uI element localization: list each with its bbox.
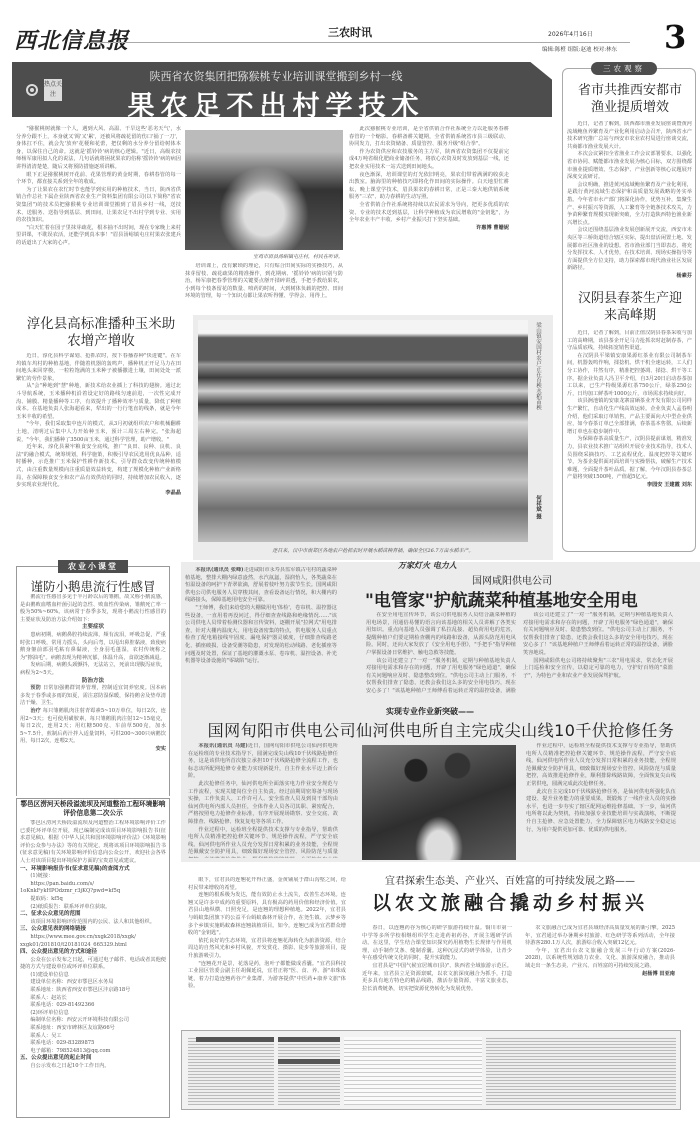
- bottom-story-col3: 农文旅融合已成为宜君县域经济高质量发展的新引擎。2025年，宜君通过举办暑期乡村…: [525, 925, 675, 999]
- treatment-paragraph: 治疗 每只雏鹅肌肉注射青霉素5~10万单位，每日2次，连用2~3天；也可使用磺胺…: [20, 708, 166, 746]
- bottom-paragraph: 连翘的根系极为发达，能有效防止水土流失，改善生态环境。连翘又是许多中成药的重要原…: [188, 892, 346, 938]
- lead-headline: 果农足不出村学技术: [96, 84, 456, 123]
- power-story-1-col1: 本报讯(通讯员 张峰)走进咸阳市永寿县监军镇古屯村的蔬菜种植基地，整排大棚内绿意…: [185, 567, 337, 695]
- notice-line: 联系地址：西安市碑林区友谊路66号: [20, 1025, 166, 1033]
- sidebar-bottom-body: 近日，记者了解到，目前正值汉阴县春茶采收与加工的高峰期，该县茶企开足马力抢抓农时…: [567, 330, 692, 535]
- paper-logo: 西北信息报: [14, 24, 129, 55]
- lead-paragraph: 作为农资供应和农技服务的主力军，陕西省农资集团不仅提前完成4万吨省级化肥商业储备…: [349, 149, 509, 172]
- lead-paragraph: 培训课上，没有繁琐的理论，只有贴合田间实际的实操技巧，从抹芽留枝、疏花疏果的精准…: [185, 263, 343, 301]
- ad-panel-header: [196, 1037, 274, 1042]
- sidebar-paragraph: 本次会议紧扣全省渔业工作会议部署要求，以强化省市协同、赋能都市渔业发展为核心目标…: [567, 151, 692, 181]
- treatment-text: 每只雏鹅肌肉注射青霉素5~10万单位，每日2次，连用2~3天；也可使用磺胺素，每…: [20, 708, 166, 744]
- bottom-kicker: 宜君探索生态美、产业兴、百姓富的可持续发展之路——: [360, 872, 660, 887]
- sidebar-paragraph: 近日，记者了解到，陕西都市渔业发展座谈暨黄河流域鲍鱼养繁育及产业化利用启动会召开…: [567, 121, 692, 151]
- notice-section-title: 三、公众意见表的网络链接: [20, 926, 166, 934]
- sidebar-paragraph: 在汉阴县平梁镇安康果源红茶业有限公司制茶车间，机器轰鸣作响，揉捻机、烘干机全速运…: [567, 353, 692, 399]
- sidebar-bottom-headline: 汉阴县春茶生产迎来高峰期: [574, 290, 686, 324]
- rice-photo-vertical-caption: 梁山镇安国村农户正在育秧水稻苗秧: [533, 322, 541, 410]
- lead-paragraph: 全省供销合作社系统将持续以农民需求为导向，把更多优质的农资、专业的技术送到基层，…: [349, 202, 509, 225]
- rice-seedling-photo: [198, 320, 528, 542]
- dateline: 本报讯(通讯员 马建): [198, 743, 247, 749]
- power-kicker-2: 实现专业作业新突破——: [300, 706, 560, 717]
- sidebar-paragraph: 近日，记者了解到，目前正值汉阴县春茶采收与加工的高峰期，该县茶企开足马力抢抓农时…: [567, 330, 692, 353]
- sidebar-paragraph: 会议明确，推进黄河流域鲍鱼繁育及产业化利用，是践行黄河流域生态保护和高质量发展战…: [567, 182, 692, 228]
- corn-paragraph: 近日，淳化县科学谋划、抢抓农时，按下春播春种"快进键"。在车坞镇车坞村的种植基地…: [16, 353, 181, 383]
- sidebar-top-body: 近日，记者了解到，陕西都市渔业发展座谈暨黄河流域鲍鱼养繁育及产业化利用启动会召开…: [567, 121, 692, 286]
- sidebar-paragraph: 该县涧池镇的安康龙寨富硒茶业开发有限公司同样生产繁忙，自动化生产线高效运转。企业…: [567, 398, 692, 436]
- notice-line: 自公示发布之日起10个工作日内。: [20, 1063, 166, 1071]
- bottom-paragraph: 今年，宜君出台农文旅融合发展三年行动方案(2026-2028)，以系统性规划助力…: [525, 948, 675, 971]
- notice-link[interactable]: https://pan.baidu.com/s/: [20, 881, 166, 889]
- bottom-story-col1: 眼下，宜君县的连翘花开得正盛，金黄铺展于群山沟壑之间，给村民带来增收的希望。 连…: [188, 877, 346, 999]
- farm-class-banner: 农业小课堂: [58, 560, 128, 573]
- notice-line: 联系地址：陕西省西安市鄠邑区沣京路18号: [20, 987, 166, 995]
- lead-paragraph: "白天忙着在园子里抹芽疏花，根本抽不出时间，现在专家晚上来村里讲课，不耽误农活，…: [16, 225, 181, 248]
- lead-byline: 许惠博 曹姗妮: [349, 225, 509, 233]
- prevention-label: 预防: [30, 685, 41, 691]
- bottom-paragraph: 眼下，宜君县的连翘花开得正盛，金黄铺展于群山沟壑之间，给村民带来增收的希望。: [188, 877, 346, 892]
- power-story-2-col3: 作业过程中，运检班全程提供技术支撑与专业指导，帮助供电所人员精准把控抢修关键环节…: [526, 743, 676, 858]
- prevention-text: 日常加强鹅群饲养管理，控制适宜饲养密度。因本病多发于春季或多雨的知夏，需注意防湿…: [20, 685, 166, 706]
- prevention-heading: 防治方法: [20, 678, 166, 686]
- lead-photo-caption: 宝鸡市眉县汤峪镇屯庄村，村民在听讲。: [185, 253, 343, 260]
- rice-photo-caption: 连日来，汉中市南郑区各地农户抢抓农时开展水稻苗秧育插，确保全区26.7万亩水稻丰…: [198, 547, 548, 554]
- notice-link[interactable]: https://www.mee.gov.cn/xxgk2018/xxgk/: [20, 934, 166, 942]
- masthead-rule: [90, 42, 630, 43]
- power-company: 国网咸阳供电公司: [472, 572, 552, 587]
- corn-byline: 李晶晶: [16, 490, 181, 498]
- page-number: 3: [664, 20, 686, 54]
- lead-story-col2: 培训课上，没有繁琐的理论，只有贴合田间实际的实操技巧，从抹芽留枝、疏花疏果的精准…: [185, 263, 343, 311]
- power-logo: 万家灯火 电力人: [398, 560, 457, 571]
- treatment-label: 治疗: [30, 708, 41, 714]
- ad-panel: [278, 1037, 340, 1105]
- bottom-story-col2: 春日，以连翘药谷为核心的研学旅游持续升温。铜川市第一中学等多所学校相继组织学生走…: [362, 925, 512, 999]
- ad-panel: [344, 1037, 482, 1105]
- symptoms-heading: 主要症状: [20, 624, 166, 632]
- issue-date: 2026年4月16日: [548, 29, 593, 38]
- public-notice-title: 鄠邑区涝河天桥段溢流坝及河道整治工程环境影响评价信息第二次公示: [20, 800, 166, 818]
- power-paragraph: 此次抢修任务中，仙河供电所全面落实电力作业安全规范与工作流程，实现关键岗位全自主…: [188, 781, 338, 827]
- notice-line: 联系电话：029-81492366: [20, 1002, 166, 1010]
- sidebar-bottom-byline: 李园安 王建霞 刘东: [567, 482, 692, 490]
- power-story-1-col2: 在安全用电宣传环节，该公司供电服务人员结合蔬菜种植的用电场景，用通俗易懂的语言向…: [366, 612, 516, 695]
- power-story-2-col1: 本报讯(通讯员 马建)近日，国网旬阳市供电公司仙河供电所在运检班的专业技术指导下…: [188, 743, 338, 858]
- hot-topic-tag: 热点关注: [44, 79, 62, 101]
- public-notice-body: 鄠邑区涝河天桥段溢流坝及河道整治工程环境影响评价工作已委托环评单位开展，现已编制…: [20, 820, 166, 1115]
- bottom-byline: 赵杨博 田亚南: [525, 971, 675, 979]
- power-paragraph: 在安全用电宣传环节，该公司供电服务人员结合蔬菜种植的用电场景，用通俗易懂的语言向…: [366, 612, 516, 658]
- target-icon: [26, 84, 38, 96]
- corn-story-headline: 淳化县高标准播种玉米助农增产增收: [26, 316, 176, 350]
- notice-line: 编制单位名称：西安云开环境科技有限公司: [20, 1017, 166, 1025]
- corn-story-body: 近日，淳化县科学谋划、抢抓农时，按下春播春种"快进键"。在车坞镇车坞村的种植基地…: [16, 353, 181, 553]
- power-paragraph: 作业过程中，运检班全程提供技术支撑与专业指导，帮助供电所人员精准把控抢修关键环节…: [188, 827, 338, 858]
- section-title: 三农时讯: [300, 24, 400, 40]
- bottom-headline: 以农文旅融合撬动乡村振兴: [360, 888, 660, 915]
- ad-panel-header: [278, 1037, 340, 1042]
- power-paragraph: "王师傅，我们来给您的大棚做用电'体检'，卷帘机、温控器这些设备，一直用着再没问…: [185, 605, 337, 666]
- sidebar-paragraph: 会议还围绕基层渔业发展创新展开交流，西安市未央区等三桥街道结合辖区实际，提出盘活…: [567, 227, 692, 273]
- notice-line: 建设单位名称：西安市鄠邑区水务局: [20, 979, 166, 987]
- bottom-paragraph: 农文旅融合已成为宜君县域经济高质量发展的新引擎。2025年，宜君通过举办暑期乡村…: [525, 925, 675, 948]
- lead-photo-training-class: [185, 130, 343, 250]
- sidebar-top-headline: 省市共推西安都市渔业提质增效: [574, 82, 686, 116]
- lead-paragraph: 眼下正是猕猴桃树开花前、花果管理的黄金时期，春耕春管的每一个环节，都直接关系到全…: [16, 172, 181, 187]
- notice-intro: 鄠邑区涝河天桥段溢流坝及河道整治工程环境影响评价工作已委托环评单位开展，现已编制…: [20, 820, 166, 866]
- farm-class-byline: 安实: [20, 746, 166, 754]
- corn-paragraph: 近年来，淳化县紧牢粮食安全底线，推广"良田、良种、良机、良法"的融合模式，统筹规…: [16, 444, 181, 490]
- notice-line: 联系电话：029-83289875: [20, 1040, 166, 1048]
- lead-paragraph: "猕猴桃树就像一个人，遇到大风、高温、干旱这些'恶劣天气'，水分养分跟不上，本身…: [16, 126, 181, 172]
- symptom-paragraph: 患病初期，病鹅鼻腔持续流涕，频有流泪，呼吸急促，严重时张口呼吸，常用力摇头，头向…: [20, 632, 166, 662]
- sidebar-top-byline: 杨素芬: [567, 273, 692, 281]
- ad-panel-header: [278, 1059, 340, 1064]
- prevention-paragraph: 预防 日常加强鹅群饲养管理，控制适宜饲养密度。因本病多发于春季或多雨的知夏，需注…: [20, 685, 166, 708]
- editor-credits: 编辑:陈橙 组版:赵迪 校对:林东: [542, 45, 617, 53]
- power-story-2-lead: 本报讯(通讯员 马建)近日，国网旬阳市供电公司仙河供电所在运检班的专业技术指导下…: [188, 743, 338, 781]
- notice-link[interactable]: 1oKnkFykHPOdzmr_r3jKQ?pwd=kf5q: [20, 888, 166, 896]
- farm-class-headline: 谨防小鹅患流行性感冒: [18, 577, 168, 595]
- notice-link[interactable]: xxgk01/201810/t20181024_665329.html: [20, 942, 166, 950]
- corn-paragraph: 从"会"种地到"慧"种地，新技术给农业插上了科技的翅膀。通过北斗导航系统，玉米播…: [16, 383, 181, 421]
- lead-paragraph: 此次猕猴桃专业培训，是全省供销合作社系统全力以赴服务春耕春管的一个缩影。春耕备耕…: [349, 126, 509, 149]
- repair-crew-photo: [362, 745, 516, 860]
- ad-panel: [486, 1037, 676, 1105]
- notice-section-title: 五、公众提出意见的起止时间: [20, 1055, 166, 1063]
- classified-ads-strip: [181, 1030, 681, 1110]
- power-paragraph: 此次自主完成10千伏线路抢修任务，是仙河供电所强化队伍建设、提升业务能力的重要成…: [526, 789, 676, 835]
- power-paragraph: 作业过程中，运检班全程提供技术支撑与专业指导，帮助供电所人员精准把控抢修关键环节…: [526, 743, 676, 789]
- lead-banner: 热点关注 陕西省农资集团把猕猴桃专业培训课堂搬到乡村一线 果农足不出村学技术: [12, 62, 552, 117]
- power-headline-1: "电管家"护航蔬菜种植基地安全用电: [365, 586, 695, 611]
- farm-class-intro: 鹅流行性感冒多见于半月龄以后的雏鹅，故又称小鹅流感，是由鹅败血嗜血杆菌引起的急性…: [20, 594, 166, 624]
- notice-line: 公众在公示发布之日起，可通过电子邮件、电话或者其他便捷的方式与建设单位或环评单位…: [20, 957, 166, 972]
- bottom-paragraph: 依托良好的生态环境，宜君县将连翘花海转化为旅游资源，结合周边的自然风光和乡村风貌…: [188, 938, 346, 961]
- corn-paragraph: "今年，我们采取集中连片的模式，从3月初就组织农户和机械翻耕土地，清明过后集中人…: [16, 421, 181, 444]
- power-story-1-col3: 该公司还建立了"一对一"服务机制，定期与种植基地负责人对接用电需求和存在的问题，…: [523, 612, 673, 695]
- ad-panel: [188, 1037, 274, 1105]
- power-paragraph: 该公司还建立了"一对一"服务机制，定期与种植基地负责人对接用电需求和存在的问题，…: [523, 612, 673, 658]
- lead-story-col1: "猕猴桃树就像一个人，遇到大风、高温、干旱这些'恶劣天气'，水分养分跟不上，本身…: [16, 126, 181, 311]
- sidebar-paragraph: 为保障春茶高质量生产，汉阴县提前谋划，精准发力，县农业技术推广站组织开展专业技术…: [567, 436, 692, 482]
- notice-line: (2)纸质报告：联系环评单位获取。: [20, 904, 166, 912]
- lead-story-col3: 此次猕猴桃专业培训，是全省供销合作社系统全力以赴服务春耕春管的一个缩影。春耕备耕…: [349, 126, 509, 311]
- notice-section-title: 二、征求公众意见的范围: [20, 911, 166, 919]
- lead-paragraph: 夜色渐深，培训课堂的灯光依旧明亮，果农们带着满满的收获走出教室。脑海里的种植技巧…: [349, 172, 509, 202]
- farm-class-body: 鹅流行性感冒多见于半月龄以后的雏鹅，故又称小鹅流感，是由鹅败血嗜血杆菌引起的急性…: [20, 594, 166, 792]
- dateline: 本报讯(通讯员 张峰): [195, 567, 243, 573]
- bottom-paragraph: "连翘花开是景，花落是药，泡叶子都能做成香囊。"宜君县科技工业园区管委会副主任胡…: [188, 961, 346, 991]
- notice-line: 提取码：kf5q: [20, 896, 166, 904]
- power-story-1-lead: 本报讯(通讯员 张峰)走进咸阳市永寿县监军镇古屯村的蔬菜种植基地，整排大棚内绿意…: [185, 567, 337, 605]
- notice-section-title: 四、公众提出意见的方式和途径: [20, 949, 166, 957]
- masthead: 西北信息报 三农时讯 2026年4月16日 3 编辑:陈橙 组版:赵迪 校对:林…: [0, 0, 700, 58]
- rice-photo-credit: 何祥斌 摄: [533, 495, 541, 519]
- bottom-paragraph: 宜君县是"中国气候宜居城市(县)"、陕西省全域旅游示范区。近年来，宜君县立足资源…: [362, 963, 512, 993]
- lead-paragraph: 为了让果农在农忙时节也能学到实用的种植技术，当日，陕西省供销合作总社下属企业陕西…: [16, 187, 181, 225]
- power-paragraph: 该公司还建立了"一对一"服务机制，定期与种植基地负责人对接用电需求和存在的问题，…: [366, 658, 516, 695]
- sidebar-banner: 三农观察: [591, 62, 657, 75]
- symptom-paragraph: 发病后期，病鹅头颈颤抖，无法站立，死前出现腹泻症状，病程为2~5天。: [20, 662, 166, 677]
- lead-kicker: 陕西省农资集团把猕猴桃专业培训课堂搬到乡村一线: [96, 68, 456, 84]
- bottom-paragraph: 春日，以连翘药谷为核心的研学旅游持续升温。铜川市第一中学等多所学校相继组织学生走…: [362, 925, 512, 963]
- power-headline-2: 国网旬阳市供电公司仙河供电所自主完成尖山线10千伏抢修任务: [185, 718, 697, 741]
- power-paragraph: 国网咸阳供电公司将持续聚焦"三农"用电需求，常态化开展上门巡检和安全宣传，以稳定…: [523, 658, 673, 681]
- notice-line: (1)链接：: [20, 873, 166, 881]
